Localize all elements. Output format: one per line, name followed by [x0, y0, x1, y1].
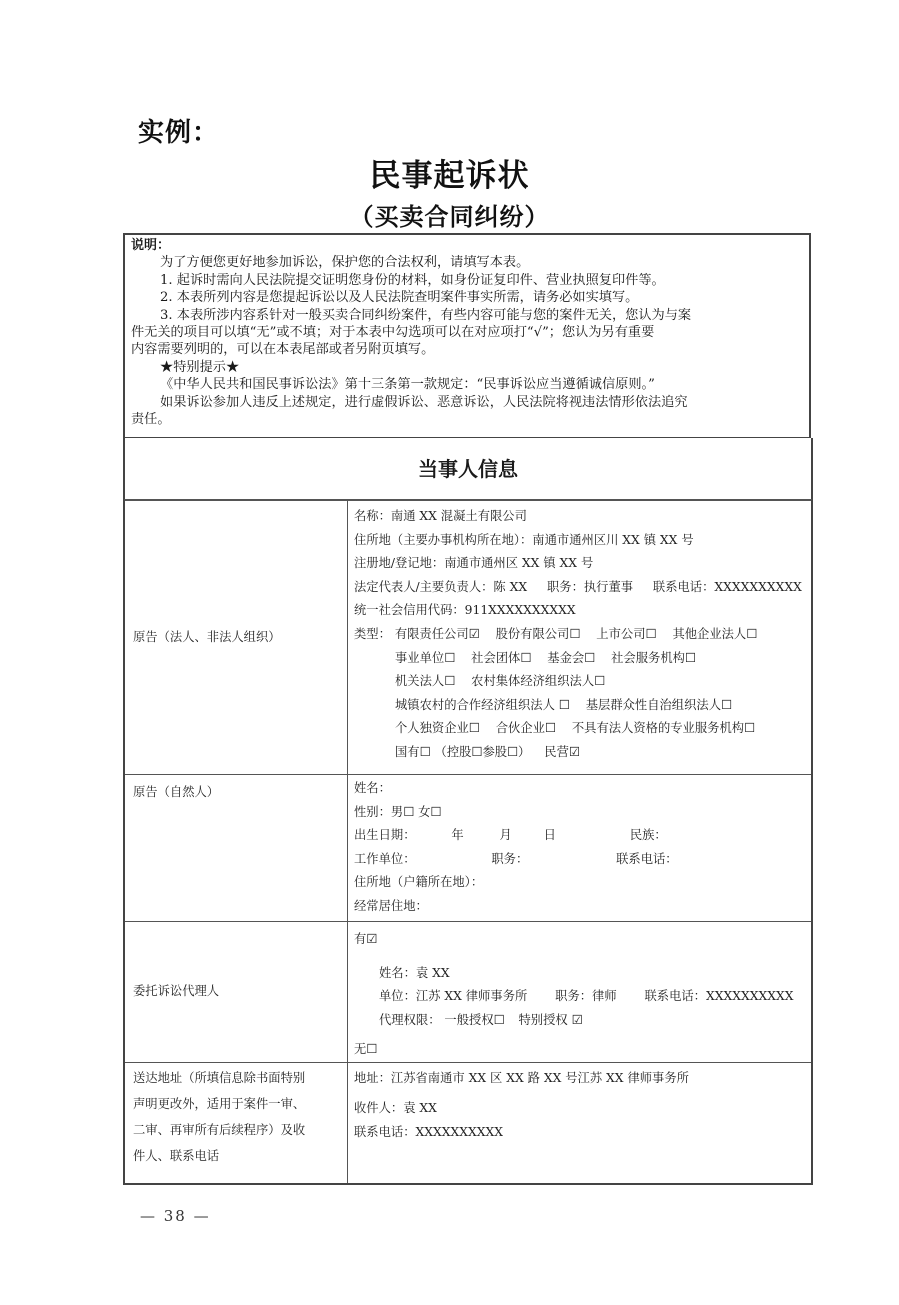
row-plaintiff-person: 原告（自然人） 姓名： 性别：男☐ 女☐ 出生日期： 年 月 日 民族： 工作单…	[124, 775, 812, 922]
org-type-row-5: 个人独资企业☐ 合伙企业☐ 不具有法人资格的专业服务机构☐	[354, 717, 811, 741]
agent-position: 职务：律师	[555, 989, 617, 1003]
type-cooperative-checkbox[interactable]: 城镇农村的合作经济组织法人 ☐	[395, 698, 570, 712]
agent-authority-line: 代理权限： 一般授权☐ 特别授权 ☑	[354, 1009, 811, 1033]
authority-special-checkbox[interactable]: 特别授权 ☑	[518, 1013, 582, 1027]
service-recipient: 收件人：袁 XX	[354, 1097, 811, 1121]
service-address-label: 送达地址（所填信息除书面特别 声明更改外，适用于案件一审、 二审、再审所有后续程…	[124, 1062, 348, 1184]
person-phone[interactable]: 联系电话：	[616, 852, 678, 866]
org-domicile: 住所地（主要办事机构所在地）：南通市通州区川 XX 镇 XX 号	[354, 529, 811, 553]
type-rural-collective-checkbox[interactable]: 农村集体经济组织法人☐	[471, 674, 605, 688]
plaintiff-org-label: 原告（法人、非法人组织）	[124, 501, 348, 775]
authority-general-checkbox[interactable]: 一般授权☐	[444, 1013, 504, 1027]
instructions-box: 说明： 为了方便您更好地参加诉讼，保护您的合法权利，请填写本表。 1. 起诉时需…	[123, 233, 811, 438]
person-residence[interactable]: 经常居住地：	[354, 895, 811, 919]
instructions-item-3-line-3: 内容需要列明的，可以在本表尾部或者另附页填写。	[131, 341, 803, 358]
row-plaintiff-org: 原告（法人、非法人组织） 名称：南通 XX 混凝土有限公司 住所地（主要办事机构…	[124, 501, 812, 775]
warning-line-2: 责任。	[131, 411, 803, 428]
org-legal-rep: 法定代表人/主要负责人：陈 XX	[354, 580, 527, 594]
warning-line-1: 如果诉讼参加人违反上述规定，进行虚假诉讼、恶意诉讼，人民法院将视违法情形依法追究	[131, 394, 803, 411]
service-label-line-1: 送达地址（所填信息除书面特别	[133, 1065, 347, 1091]
person-gender[interactable]: 性别：男☐ 女☐	[354, 801, 811, 825]
row-agent: 委托诉讼代理人 有☑ 姓名：袁 XX 单位：江苏 XX 律师事务所 职务：律师 …	[124, 922, 812, 1063]
section-title-party-info: 当事人信息	[123, 438, 813, 500]
person-birth-line: 出生日期： 年 月 日 民族：	[354, 824, 811, 848]
person-domicile[interactable]: 住所地（户籍所在地）：	[354, 871, 811, 895]
instructions-item-3-line-2: 件无关的项目可以填“无”或不填；对于本表中勾选项可以在对应项打“√”；您认为另有…	[131, 324, 803, 341]
plaintiff-person-values: 姓名： 性别：男☐ 女☐ 出生日期： 年 月 日 民族： 工作单位： 职务： 联…	[348, 775, 813, 922]
person-birth-month[interactable]: 月	[500, 828, 512, 842]
law-quote: 《中华人民共和国民事诉讼法》第十三条第一款规定：“民事诉讼应当遵循诚信原则。”	[131, 376, 803, 393]
person-birth-label: 出生日期：	[354, 828, 416, 842]
org-position: 职务：执行董事	[547, 580, 633, 594]
org-type-row-6: 国有☐ （控股☐参股☐） 民营☑	[354, 741, 811, 765]
type-social-service-checkbox[interactable]: 社会服务机构☐	[611, 651, 696, 665]
org-type-row-3: 机关法人☐ 农村集体经济组织法人☐	[354, 670, 811, 694]
agent-unit: 单位：江苏 XX 律师事务所	[379, 989, 527, 1003]
org-phone: 联系电话：XXXXXXXXXX	[653, 580, 802, 594]
plaintiff-person-label: 原告（自然人）	[124, 775, 348, 922]
page-number: — 38 —	[140, 1207, 211, 1225]
document-title: 民事起诉状	[0, 150, 899, 195]
instructions-item-2: 2. 本表所列内容是您提起诉讼以及人民法院查明案件事实所需，请务必如实填写。	[131, 289, 803, 306]
type-professional-service-checkbox[interactable]: 不具有法人资格的专业服务机构☐	[572, 721, 755, 735]
agent-unit-line: 单位：江苏 XX 律师事务所 职务：律师 联系电话：XXXXXXXXXX	[354, 985, 811, 1009]
person-birth-day[interactable]: 日	[544, 828, 556, 842]
instructions-intro: 为了方便您更好地参加诉讼，保护您的合法权利，请填写本表。	[131, 254, 803, 271]
type-sole-proprietorship-checkbox[interactable]: 个人独资企业☐	[395, 721, 480, 735]
party-info-table: 原告（法人、非法人组织） 名称：南通 XX 混凝土有限公司 住所地（主要办事机构…	[123, 500, 813, 1185]
type-foundation-checkbox[interactable]: 基金会☐	[547, 651, 595, 665]
person-position[interactable]: 职务：	[491, 852, 528, 866]
service-address: 地址：江苏省南通市 XX 区 XX 路 XX 号江苏 XX 律师事务所	[354, 1065, 811, 1091]
org-type-row-1: 类型： 有限责任公司☑ 股份有限公司☐ 上市公司☐ 其他企业法人☐	[354, 623, 811, 647]
org-name: 名称：南通 XX 混凝土有限公司	[354, 505, 811, 529]
document-subtitle: （买卖合同纠纷）	[0, 197, 899, 232]
service-label-line-3: 二审、再审所有后续程序）及收	[133, 1117, 347, 1143]
row-service-address: 送达地址（所填信息除书面特别 声明更改外，适用于案件一审、 二审、再审所有后续程…	[124, 1062, 812, 1184]
type-state-owned-checkbox[interactable]: 国有☐ （控股☐参股☐）	[395, 745, 530, 759]
person-work-line: 工作单位： 职务： 联系电话：	[354, 848, 811, 872]
agent-authority-prefix: 代理权限：	[379, 1013, 441, 1027]
type-public-institution-checkbox[interactable]: 事业单位☐	[395, 651, 455, 665]
service-address-values: 地址：江苏省南通市 XX 区 XX 路 XX 号江苏 XX 律师事务所 收件人：…	[348, 1062, 813, 1184]
instructions-item-3-line-1: 3. 本表所涉内容系针对一般买卖合同纠纷案件，有些内容可能与您的案件无关，您认为…	[131, 307, 803, 324]
org-legal-rep-line: 法定代表人/主要负责人：陈 XX 职务：执行董事 联系电话：XXXXXXXXXX	[354, 576, 811, 600]
org-registered-address: 注册地/登记地：南通市通州区 XX 镇 XX 号	[354, 552, 811, 576]
service-label-line-4: 件人、联系电话	[133, 1143, 347, 1169]
org-type-row-4: 城镇农村的合作经济组织法人 ☐ 基层群众性自治组织法人☐	[354, 694, 811, 718]
org-credit-code: 统一社会信用代码：911XXXXXXXXXX	[354, 599, 811, 623]
instructions-heading: 说明：	[131, 237, 803, 254]
agent-label: 委托诉讼代理人	[124, 922, 348, 1063]
type-grassroots-autonomous-checkbox[interactable]: 基层群众性自治组织法人☐	[586, 698, 732, 712]
type-partnership-checkbox[interactable]: 合伙企业☐	[496, 721, 556, 735]
type-private-checkbox[interactable]: 民营☑	[544, 745, 580, 759]
person-employer[interactable]: 工作单位：	[354, 852, 416, 866]
service-label-line-2: 声明更改外，适用于案件一审、	[133, 1091, 347, 1117]
agent-name: 姓名：袁 XX	[354, 962, 811, 986]
agent-has-checkbox[interactable]: 有☑	[354, 928, 811, 952]
type-social-group-checkbox[interactable]: 社会团体☐	[471, 651, 531, 665]
service-phone: 联系电话：XXXXXXXXXX	[354, 1121, 811, 1145]
person-name[interactable]: 姓名：	[354, 777, 811, 801]
type-government-checkbox[interactable]: 机关法人☐	[395, 674, 455, 688]
agent-phone: 联系电话：XXXXXXXXXX	[644, 989, 793, 1003]
org-type-prefix: 类型：	[354, 627, 391, 641]
type-listed-company-checkbox[interactable]: 上市公司☐	[596, 627, 656, 641]
type-other-enterprise-checkbox[interactable]: 其他企业法人☐	[672, 627, 757, 641]
special-notice: ★特别提示★	[131, 359, 803, 376]
person-birth-year[interactable]: 年	[451, 828, 463, 842]
person-ethnicity[interactable]: 民族：	[630, 828, 667, 842]
type-limited-liability-checkbox[interactable]: 有限责任公司☑	[395, 627, 480, 641]
org-type-row-2: 事业单位☐ 社会团体☐ 基金会☐ 社会服务机构☐	[354, 647, 811, 671]
instructions-item-1: 1. 起诉时需向人民法院提交证明您身份的材料，如身份证复印件、营业执照复印件等。	[131, 272, 803, 289]
plaintiff-org-values: 名称：南通 XX 混凝土有限公司 住所地（主要办事机构所在地）：南通市通州区川 …	[348, 501, 813, 775]
agent-none-checkbox[interactable]: 无☐	[354, 1038, 811, 1062]
example-label: 实例：	[138, 112, 219, 149]
type-joint-stock-checkbox[interactable]: 股份有限公司☐	[496, 627, 581, 641]
agent-values: 有☑ 姓名：袁 XX 单位：江苏 XX 律师事务所 职务：律师 联系电话：XXX…	[348, 922, 813, 1063]
